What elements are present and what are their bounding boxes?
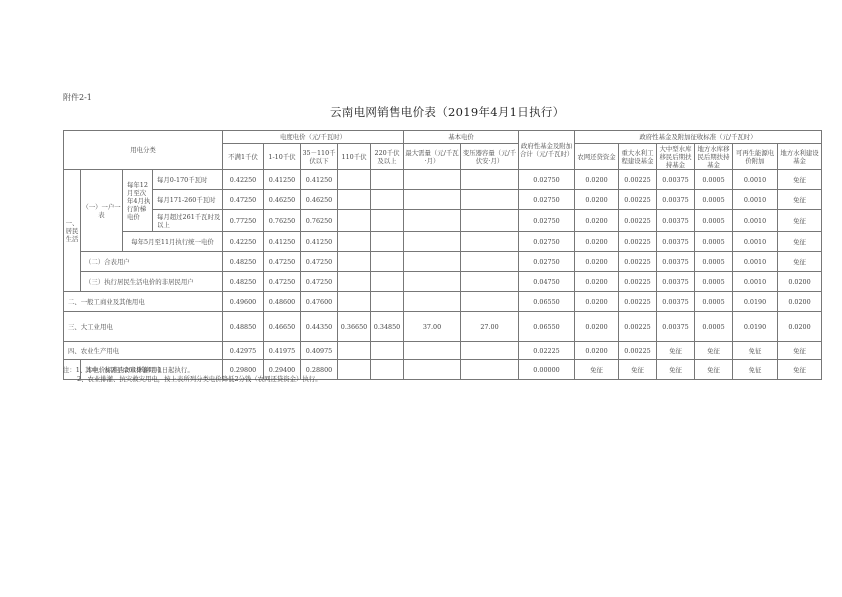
gov-fund-cell: 0.0200 bbox=[778, 272, 822, 292]
notes: 注：1、本电价标准自2019年4月1日起执行。 2、农业排灌、抗灾救灾用电，按上… bbox=[63, 366, 322, 385]
gov-fund-cell: 免征 bbox=[778, 252, 822, 272]
energy-price-cell bbox=[338, 232, 371, 252]
energy-price-cell: 0.41975 bbox=[264, 342, 301, 360]
energy-price-cell bbox=[371, 360, 404, 380]
gov-fund-cell: 0.00225 bbox=[619, 232, 657, 252]
energy-price-cell: 0.48850 bbox=[223, 312, 264, 342]
energy-price-cell: 0.77250 bbox=[223, 210, 264, 232]
energy-price-cell: 0.41250 bbox=[301, 170, 338, 190]
basic-price-cell bbox=[404, 252, 461, 272]
energy-price-cell: 0.41250 bbox=[301, 232, 338, 252]
energy-price-cell bbox=[338, 360, 371, 380]
gov-total-cell: 0.02750 bbox=[519, 170, 575, 190]
header-gov-col: 地方水利建设基金 bbox=[778, 144, 822, 170]
header-gov-col: 重大水利工程建设基金 bbox=[619, 144, 657, 170]
basic-price-cell bbox=[404, 190, 461, 210]
gov-fund-cell: 0.0010 bbox=[733, 272, 778, 292]
header-energy-col: 1-10千伏 bbox=[264, 144, 301, 170]
gov-fund-cell: 0.0200 bbox=[575, 272, 619, 292]
table-row: 每月超过261千瓦时及以上0.772500.762500.762500.0275… bbox=[64, 210, 822, 232]
gov-fund-cell: 0.00375 bbox=[657, 170, 695, 190]
gov-fund-cell: 免征 bbox=[657, 360, 695, 380]
basic-price-cell bbox=[461, 190, 519, 210]
energy-price-cell: 0.46650 bbox=[264, 312, 301, 342]
label-tier1: 每月0-170千瓦时 bbox=[153, 170, 223, 190]
header-energy-col: 220千伏及以上 bbox=[371, 144, 404, 170]
header-gov-col: 农网还贷资金 bbox=[575, 144, 619, 170]
energy-price-cell: 0.48250 bbox=[223, 272, 264, 292]
energy-price-cell: 0.47250 bbox=[301, 272, 338, 292]
gov-fund-cell: 免征 bbox=[778, 232, 822, 252]
gov-fund-cell: 0.00225 bbox=[619, 210, 657, 232]
note-2: 2、农业排灌、抗灾救灾用电，按上表所列分类电价降低2分钱（农网还贷资金）执行。 bbox=[63, 375, 322, 384]
gov-fund-cell: 0.00225 bbox=[619, 170, 657, 190]
header-energy-col: 110千伏 bbox=[338, 144, 371, 170]
gov-fund-cell: 0.00225 bbox=[619, 292, 657, 312]
energy-price-cell bbox=[371, 342, 404, 360]
energy-price-cell: 0.47250 bbox=[264, 252, 301, 272]
energy-price-cell: 0.44350 bbox=[301, 312, 338, 342]
basic-price-cell bbox=[461, 292, 519, 312]
basic-price-cell bbox=[404, 210, 461, 232]
gov-fund-cell: 0.0005 bbox=[695, 210, 733, 232]
gov-fund-cell: 免征 bbox=[695, 342, 733, 360]
gov-fund-cell: 0.0200 bbox=[778, 292, 822, 312]
gov-fund-cell: 0.0005 bbox=[695, 252, 733, 272]
gov-fund-cell: 0.0010 bbox=[733, 252, 778, 272]
gov-fund-cell: 免征 bbox=[733, 360, 778, 380]
energy-price-cell bbox=[371, 292, 404, 312]
basic-price-cell bbox=[461, 360, 519, 380]
energy-price-cell: 0.48600 bbox=[264, 292, 301, 312]
energy-price-cell: 0.49600 bbox=[223, 292, 264, 312]
gov-fund-cell: 0.0200 bbox=[575, 312, 619, 342]
gov-fund-cell: 0.0010 bbox=[733, 232, 778, 252]
header-gov-col: 大中型水库移民后期扶持基金 bbox=[657, 144, 695, 170]
gov-fund-cell: 0.00225 bbox=[619, 272, 657, 292]
energy-price-cell: 0.76250 bbox=[264, 210, 301, 232]
basic-price-cell: 27.00 bbox=[461, 312, 519, 342]
gov-fund-cell: 免征 bbox=[657, 342, 695, 360]
header-energy-col: 35－110千伏以下 bbox=[301, 144, 338, 170]
gov-fund-cell: 0.00375 bbox=[657, 292, 695, 312]
energy-price-cell bbox=[338, 272, 371, 292]
header-energy-price: 电度电价（元/千瓦时） bbox=[223, 131, 404, 144]
gov-total-cell: 0.02225 bbox=[519, 342, 575, 360]
gov-fund-cell: 0.0010 bbox=[733, 170, 778, 190]
energy-price-cell: 0.47250 bbox=[264, 272, 301, 292]
energy-price-cell: 0.46250 bbox=[264, 190, 301, 210]
basic-price-cell bbox=[461, 342, 519, 360]
basic-price-cell: 37.00 bbox=[404, 312, 461, 342]
gov-fund-cell: 0.00375 bbox=[657, 312, 695, 342]
label-tier3: 每月超过261千瓦时及以上 bbox=[153, 210, 223, 232]
table-row: （二）合表用户0.482500.472500.472500.027500.020… bbox=[64, 252, 822, 272]
gov-total-cell: 0.00000 bbox=[519, 360, 575, 380]
table-row: 一、居民生活（一）一户一表每年12月至次年4月执行阶梯电价每月0-170千瓦时0… bbox=[64, 170, 822, 190]
gov-fund-cell: 0.0190 bbox=[733, 292, 778, 312]
basic-price-cell bbox=[461, 210, 519, 232]
energy-price-cell: 0.76250 bbox=[301, 210, 338, 232]
gov-fund-cell: 0.0200 bbox=[778, 312, 822, 342]
gov-fund-cell: 0.00225 bbox=[619, 342, 657, 360]
energy-price-cell bbox=[338, 252, 371, 272]
gov-fund-cell: 0.0190 bbox=[733, 312, 778, 342]
gov-fund-cell: 0.0005 bbox=[695, 190, 733, 210]
energy-price-cell: 0.41250 bbox=[264, 170, 301, 190]
energy-price-cell bbox=[371, 210, 404, 232]
basic-price-cell bbox=[461, 170, 519, 190]
label-agri: 四、农业生产用电 bbox=[64, 342, 223, 360]
energy-price-cell bbox=[338, 292, 371, 312]
gov-fund-cell: 0.00375 bbox=[657, 252, 695, 272]
energy-price-cell: 0.48250 bbox=[223, 252, 264, 272]
energy-price-cell: 0.47250 bbox=[223, 190, 264, 210]
energy-price-cell: 0.40975 bbox=[301, 342, 338, 360]
header-gov-col: 地方水库移民后期扶持基金 bbox=[695, 144, 733, 170]
gov-fund-cell: 免征 bbox=[695, 360, 733, 380]
energy-price-cell bbox=[338, 210, 371, 232]
gov-fund-cell: 0.0010 bbox=[733, 190, 778, 210]
label-shared-meter: （二）合表用户 bbox=[81, 252, 223, 272]
gov-fund-cell: 免征 bbox=[575, 360, 619, 380]
header-basic-price: 基本电价 bbox=[404, 131, 519, 144]
gov-fund-cell: 0.0005 bbox=[695, 232, 733, 252]
gov-fund-cell: 0.0200 bbox=[575, 170, 619, 190]
basic-price-cell bbox=[404, 342, 461, 360]
gov-fund-cell: 免征 bbox=[778, 342, 822, 360]
energy-price-cell bbox=[371, 232, 404, 252]
energy-price-cell: 0.42250 bbox=[223, 232, 264, 252]
price-table: 用电分类 电度电价（元/千瓦时） 基本电价 政府性基金及附加合计（元/千瓦时） … bbox=[63, 130, 822, 380]
energy-price-cell bbox=[338, 342, 371, 360]
header-basic-col: 变压器容量（元/千伏安·月） bbox=[461, 144, 519, 170]
label-may-nov: 每年5月至11月执行统一电价 bbox=[123, 232, 223, 252]
energy-price-cell bbox=[338, 170, 371, 190]
label-large: 三、大工业用电 bbox=[64, 312, 223, 342]
label-non-resident: （三）执行居民生活电价的非居民用户 bbox=[81, 272, 223, 292]
table-row: 四、农业生产用电0.429750.419750.409750.022250.02… bbox=[64, 342, 822, 360]
basic-price-cell bbox=[404, 170, 461, 190]
energy-price-cell: 0.41250 bbox=[264, 232, 301, 252]
gov-fund-cell: 免征 bbox=[619, 360, 657, 380]
page-title: 云南电网销售电价表（2019年4月1日执行） bbox=[330, 104, 565, 120]
gov-fund-cell: 0.00225 bbox=[619, 312, 657, 342]
gov-fund-cell: 免征 bbox=[778, 170, 822, 190]
gov-fund-cell: 0.0200 bbox=[575, 292, 619, 312]
energy-price-cell: 0.42250 bbox=[223, 170, 264, 190]
energy-price-cell: 0.46250 bbox=[301, 190, 338, 210]
gov-fund-cell: 0.00375 bbox=[657, 232, 695, 252]
table-row: 三、大工业用电0.488500.466500.443500.366500.348… bbox=[64, 312, 822, 342]
gov-total-cell: 0.02750 bbox=[519, 232, 575, 252]
gov-fund-cell: 0.0005 bbox=[695, 292, 733, 312]
basic-price-cell bbox=[404, 292, 461, 312]
energy-price-cell: 0.36650 bbox=[338, 312, 371, 342]
basic-price-cell bbox=[461, 252, 519, 272]
gov-fund-cell: 0.0005 bbox=[695, 272, 733, 292]
gov-fund-cell: 0.0010 bbox=[733, 210, 778, 232]
energy-price-cell bbox=[371, 170, 404, 190]
table-row: （三）执行居民生活电价的非居民用户0.482500.472500.472500.… bbox=[64, 272, 822, 292]
gov-fund-cell: 0.00375 bbox=[657, 272, 695, 292]
table-row: 二、一般工商业及其他用电0.496000.486000.476000.06550… bbox=[64, 292, 822, 312]
gov-fund-cell: 免征 bbox=[778, 190, 822, 210]
energy-price-cell bbox=[338, 190, 371, 210]
gov-fund-cell: 0.00375 bbox=[657, 190, 695, 210]
label-tier2: 每月171-260千瓦时 bbox=[153, 190, 223, 210]
basic-price-cell bbox=[461, 272, 519, 292]
label-general: 二、一般工商业及其他用电 bbox=[64, 292, 223, 312]
note-1: 注：1、本电价标准自2019年4月1日起执行。 bbox=[63, 366, 322, 375]
basic-price-cell bbox=[404, 272, 461, 292]
label-one-meter: （一）一户一表 bbox=[81, 170, 123, 252]
energy-price-cell bbox=[371, 272, 404, 292]
gov-fund-cell: 0.0005 bbox=[695, 312, 733, 342]
gov-fund-cell: 0.0200 bbox=[575, 210, 619, 232]
gov-fund-cell: 0.0200 bbox=[575, 232, 619, 252]
table-row: 每年5月至11月执行统一电价0.422500.412500.412500.027… bbox=[64, 232, 822, 252]
gov-fund-cell: 0.00225 bbox=[619, 252, 657, 272]
gov-fund-cell: 0.0200 bbox=[575, 190, 619, 210]
gov-total-cell: 0.06550 bbox=[519, 312, 575, 342]
header-energy-col: 不满1千伏 bbox=[223, 144, 264, 170]
label-residential: 一、居民生活 bbox=[64, 170, 81, 292]
energy-price-cell bbox=[371, 252, 404, 272]
energy-price-cell: 0.34850 bbox=[371, 312, 404, 342]
gov-fund-cell: 0.00225 bbox=[619, 190, 657, 210]
gov-fund-cell: 免征 bbox=[778, 360, 822, 380]
gov-fund-cell: 0.0200 bbox=[575, 252, 619, 272]
attachment-label: 附件2-1 bbox=[63, 92, 92, 103]
table-row: 每月171-260千瓦时0.472500.462500.462500.02750… bbox=[64, 190, 822, 210]
gov-fund-cell: 0.00375 bbox=[657, 210, 695, 232]
gov-total-cell: 0.02750 bbox=[519, 190, 575, 210]
basic-price-cell bbox=[404, 232, 461, 252]
gov-total-cell: 0.02750 bbox=[519, 210, 575, 232]
gov-fund-cell: 免征 bbox=[733, 342, 778, 360]
energy-price-cell: 0.47250 bbox=[301, 252, 338, 272]
energy-price-cell: 0.42975 bbox=[223, 342, 264, 360]
gov-total-cell: 0.04750 bbox=[519, 272, 575, 292]
gov-fund-cell: 免征 bbox=[778, 210, 822, 232]
header-gov-col: 可再生能源电价附加 bbox=[733, 144, 778, 170]
header-category: 用电分类 bbox=[64, 131, 223, 170]
gov-total-cell: 0.02750 bbox=[519, 252, 575, 272]
basic-price-cell bbox=[461, 232, 519, 252]
gov-total-cell: 0.06550 bbox=[519, 292, 575, 312]
header-gov-total: 政府性基金及附加合计（元/千瓦时） bbox=[519, 131, 575, 170]
basic-price-cell bbox=[404, 360, 461, 380]
energy-price-cell bbox=[371, 190, 404, 210]
header-basic-col: 最大需量（元/千瓦·月） bbox=[404, 144, 461, 170]
header-gov-detail: 政府性基金及附加征收标准（元/千瓦时） bbox=[575, 131, 822, 144]
gov-fund-cell: 0.0005 bbox=[695, 170, 733, 190]
gov-fund-cell: 0.0200 bbox=[575, 342, 619, 360]
energy-price-cell: 0.47600 bbox=[301, 292, 338, 312]
label-tiered: 每年12月至次年4月执行阶梯电价 bbox=[123, 170, 153, 232]
